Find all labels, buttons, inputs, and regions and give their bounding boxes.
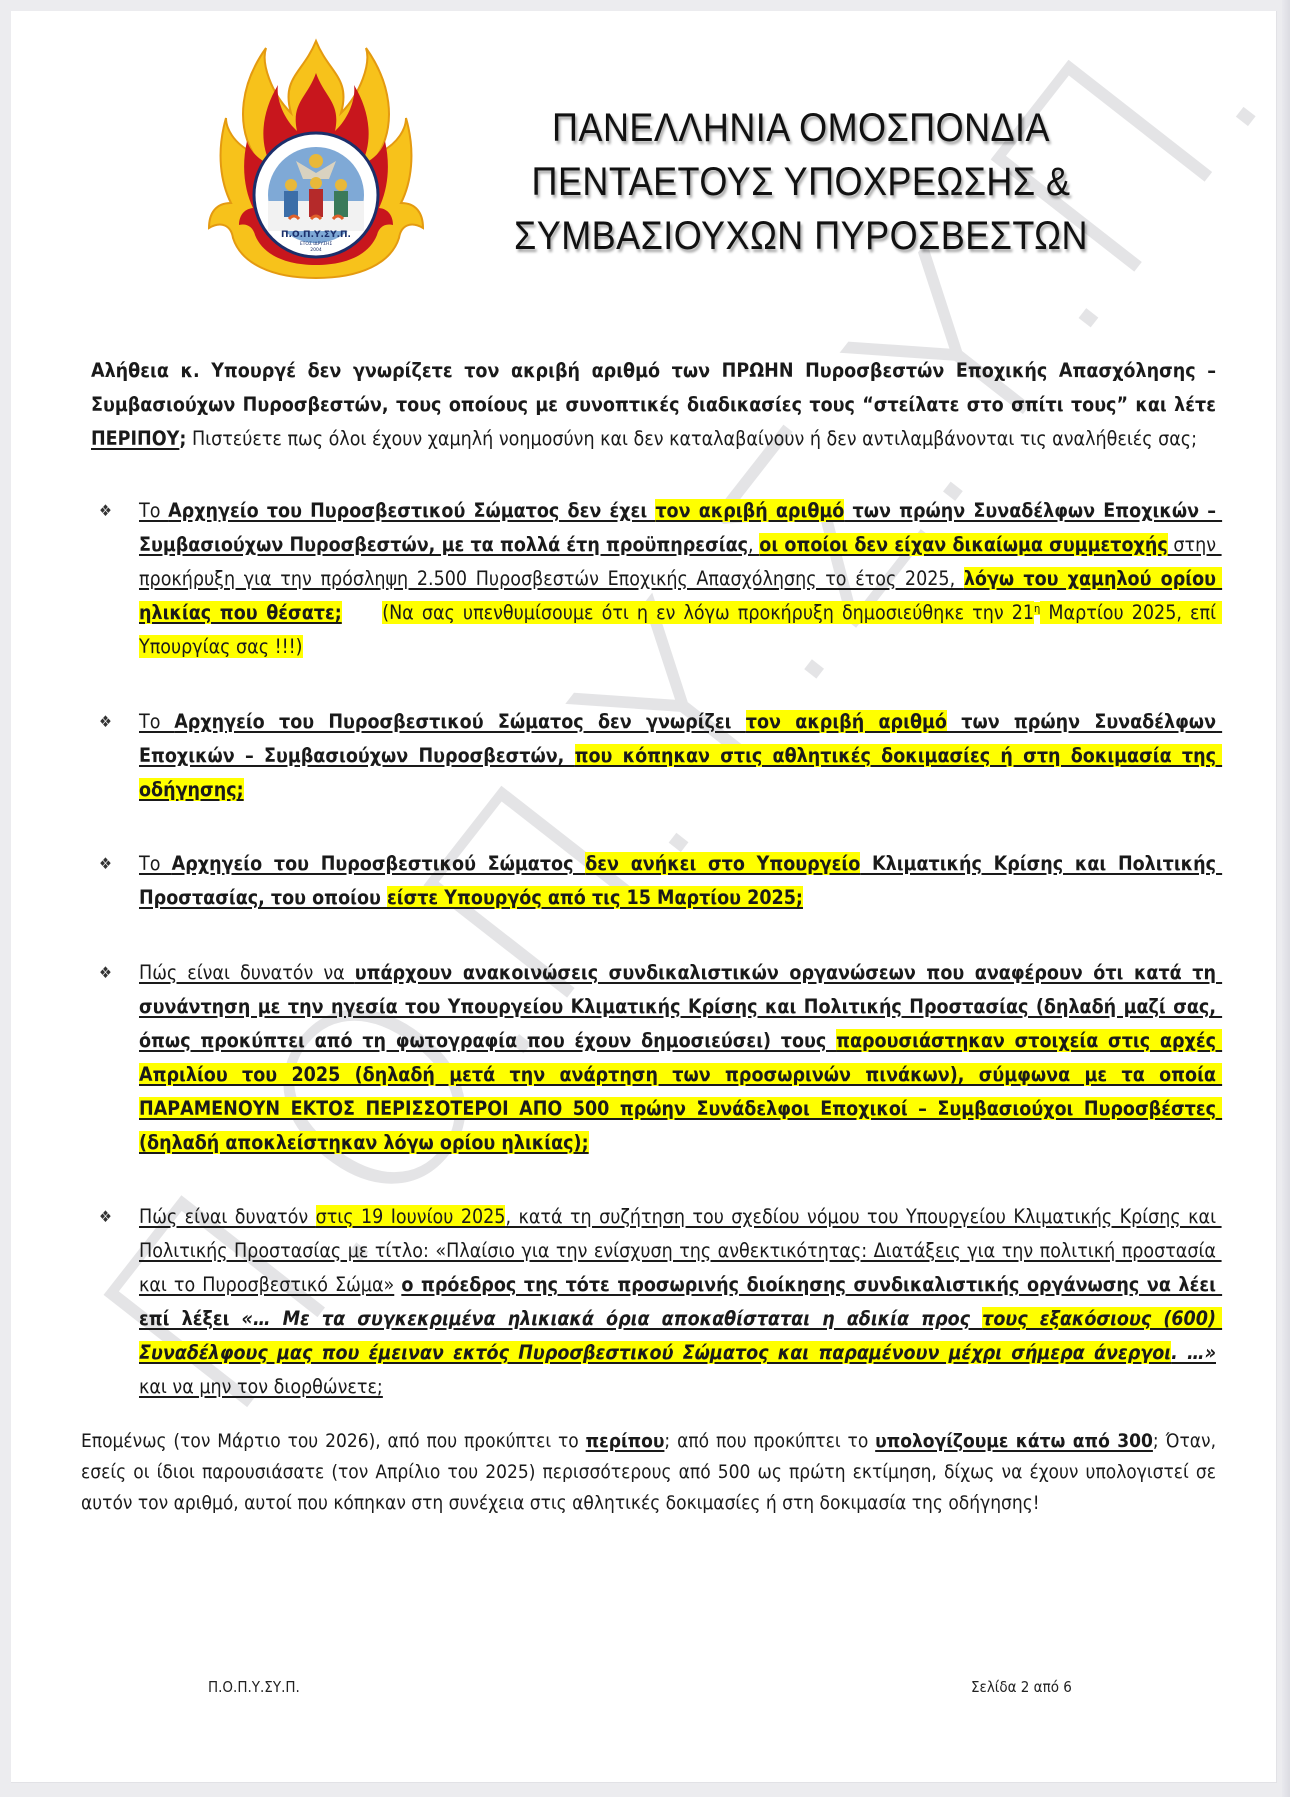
text-run: υπολογίζουμε κάτω από 300 xyxy=(875,1430,1153,1452)
text-run: Πώς είναι δυνατόν xyxy=(139,1205,316,1228)
document-page: Π.Ο.Π.Υ.Σ.Υ.Π. Π.Ο.Π.Υ.ΣΥ.Π. ΕΤΟΣ ΙΔΡΥΣΗ… xyxy=(11,11,1277,1783)
diamond-bullet-icon: ❖ xyxy=(99,705,112,739)
document-body: Αλήθεια κ. Υπουργέ δεν γνωρίζετε τον ακρ… xyxy=(81,354,1216,1519)
text-run: είστε Υπουργός από τις 15 Μαρτίου 2025; xyxy=(387,886,803,909)
text-run: . …» xyxy=(1171,1341,1216,1364)
text-run: δεν ανήκει στο Υπουργείο xyxy=(585,852,860,875)
bullet-text: Το Αρχηγείο του Πυροσβεστικού Σώματος δε… xyxy=(139,499,1222,658)
viewer-scroll-edge xyxy=(1282,0,1290,1797)
text-run: Αρχηγείο του Πυροσβεστικού Σώματος δεν γ… xyxy=(174,710,746,733)
text-run: Το xyxy=(139,499,168,522)
text-run: περίπου xyxy=(586,1430,665,1452)
text-run: ΠΕΡΙΠΟΥ xyxy=(91,427,179,450)
text-run xyxy=(1216,1341,1233,1364)
org-title-line-1: ΠΑΝΕΛΛΗΝΙΑ ΟΜΟΣΠΟΝΔΙΑ xyxy=(513,101,1089,155)
bullet-text: Το Αρχηγείο του Πυροσβεστικού Σώματος δε… xyxy=(139,852,1222,909)
bullet-item-2: ❖ Το Αρχηγείο του Πυροσβεστικού Σώματος … xyxy=(91,705,1216,807)
bullet-text: Πώς είναι δυνατόν να υπάρχουν ανακοινώσε… xyxy=(139,961,1222,1154)
footer-page-number: Σελίδα 2 από 6 xyxy=(971,1678,1072,1696)
text-run: στις 19 Ιουνίου 2025 xyxy=(316,1205,506,1228)
diamond-bullet-icon: ❖ xyxy=(99,956,112,990)
organization-title: ΠΑΝΕΛΛΗΝΙΑ ΟΜΟΣΠΟΝΔΙΑ ΠΕΝΤΑΕΤΟΥΣ ΥΠΟΧΡΕΩ… xyxy=(513,101,1089,263)
text-run: , xyxy=(748,533,759,556)
text-run: Αρχηγείο του Πυροσβεστικού Σώματος δεν έ… xyxy=(168,499,655,522)
bullet-item-3: ❖ Το Αρχηγείο του Πυροσβεστικού Σώματος … xyxy=(91,847,1216,915)
text-run: Το xyxy=(139,710,174,733)
text-run xyxy=(342,601,382,624)
conclusion-paragraph: Επομένως (τον Μάρτιο του 2026), από που … xyxy=(81,1426,1216,1519)
text-run: Αλήθεια κ. Υπουργέ δεν γνωρίζετε τον ακρ… xyxy=(91,359,1222,416)
bullet-item-4: ❖ Πώς είναι δυνατόν να υπάρχουν ανακοινώ… xyxy=(91,956,1216,1160)
bullet-text: Το Αρχηγείο του Πυροσβεστικού Σώματος δε… xyxy=(139,710,1222,801)
intro-paragraph: Αλήθεια κ. Υπουργέ δεν γνωρίζετε τον ακρ… xyxy=(91,354,1216,456)
org-title-line-2: ΠΕΝΤΑΕΤΟΥΣ ΥΠΟΧΡΕΩΣΗΣ & xyxy=(513,155,1089,209)
text-run: τον ακριβή αριθμό xyxy=(746,710,947,733)
text-run: ; από που προκύπτει το xyxy=(664,1430,875,1452)
text-run: (Να σας υπενθυμίσουμε ότι η εν λόγω προκ… xyxy=(382,601,1034,624)
text-run: οι οποίοι δεν είχαν δικαίωμα συμμετοχής xyxy=(759,533,1167,556)
bullet-item-5: ❖ Πώς είναι δυνατόν στις 19 Ιουνίου 2025… xyxy=(91,1200,1216,1404)
diamond-bullet-icon: ❖ xyxy=(99,1200,112,1234)
text-run: τον ακριβή αριθμό xyxy=(655,499,844,522)
svg-text:2004: 2004 xyxy=(310,247,322,253)
bullet-text: Πώς είναι δυνατόν στις 19 Ιουνίου 2025, … xyxy=(139,1205,1233,1398)
text-run: Το xyxy=(139,852,172,875)
org-title-line-3: ΣΥΜΒΑΣΙΟΥΧΩΝ ΠΥΡΟΣΒΕΣΤΩΝ xyxy=(513,209,1089,263)
text-run: και να μην τον διορθώνετε; xyxy=(139,1375,383,1398)
text-run: Αρχηγείο του Πυροσβεστικού Σώματος xyxy=(172,852,586,875)
bullet-item-1: ❖ Το Αρχηγείο του Πυροσβεστικού Σώματος … xyxy=(91,494,1216,664)
diamond-bullet-icon: ❖ xyxy=(99,494,112,528)
diamond-bullet-icon: ❖ xyxy=(99,847,112,881)
text-run: Πιστεύετε πως όλοι έχουν χαμηλή νοημοσύν… xyxy=(186,427,1197,450)
flame-emblem-icon: Π.Ο.Π.Υ.ΣΥ.Π. ΕΤΟΣ ΙΔΡΥΣΗΣ 2004 xyxy=(201,33,431,283)
svg-text:Π.Ο.Π.Υ.ΣΥ.Π.: Π.Ο.Π.Υ.ΣΥ.Π. xyxy=(281,230,351,240)
text-run: «… Με τα συγκεκριμένα ηλικιακά όρια αποκ… xyxy=(242,1307,983,1330)
footer-org-abbrev: Π.Ο.Π.Υ.ΣΥ.Π. xyxy=(208,1678,300,1696)
text-run: Επομένως (τον Μάρτιο του 2026), από που … xyxy=(81,1430,586,1452)
svg-text:ΕΤΟΣ ΙΔΡΥΣΗΣ: ΕΤΟΣ ΙΔΡΥΣΗΣ xyxy=(300,241,333,247)
text-run: Πώς είναι δυνατόν να xyxy=(139,961,355,984)
